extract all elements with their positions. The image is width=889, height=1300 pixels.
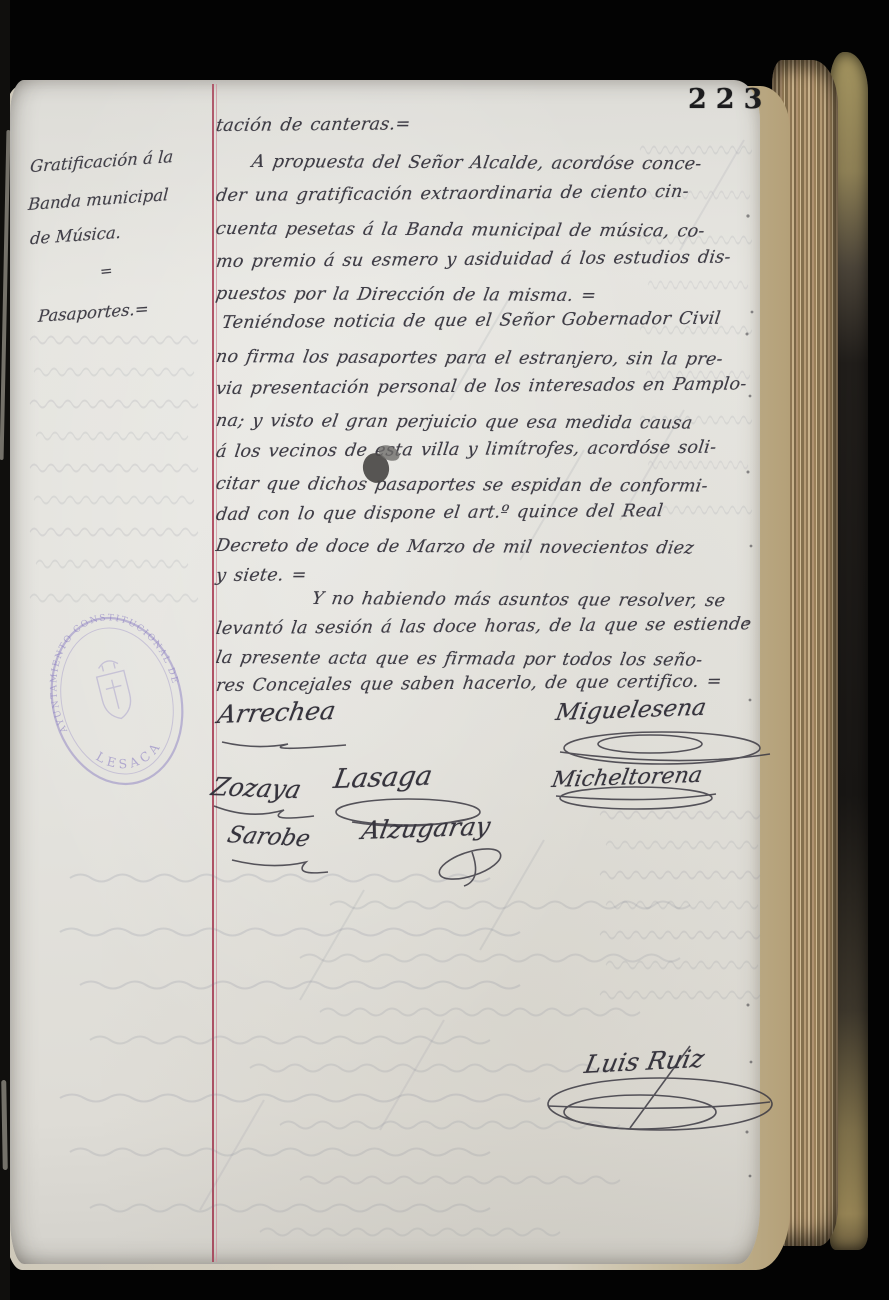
margin-ruled-line — [212, 84, 214, 1262]
signature-alzugaray: Alzugaray — [359, 812, 492, 845]
scanned-minutes-book-page: 223 Gratificación á la Banda municipal d… — [0, 0, 889, 1300]
margin-note-gratification-end-mark: = — [99, 261, 113, 280]
signature-sarobe: Sarobe — [225, 822, 314, 852]
signature-zozaya: Zozaya — [208, 772, 304, 804]
signature-lasaga: Lasaga — [331, 761, 435, 795]
margin-ruled-line-echo — [216, 84, 217, 1262]
page-number: 223 — [688, 84, 771, 115]
manuscript-paper — [10, 80, 760, 1264]
signature-miguelesena: Miguelesena — [554, 695, 709, 726]
ink-blot — [360, 444, 404, 486]
signature-arrechea: Arrechea — [215, 696, 338, 729]
